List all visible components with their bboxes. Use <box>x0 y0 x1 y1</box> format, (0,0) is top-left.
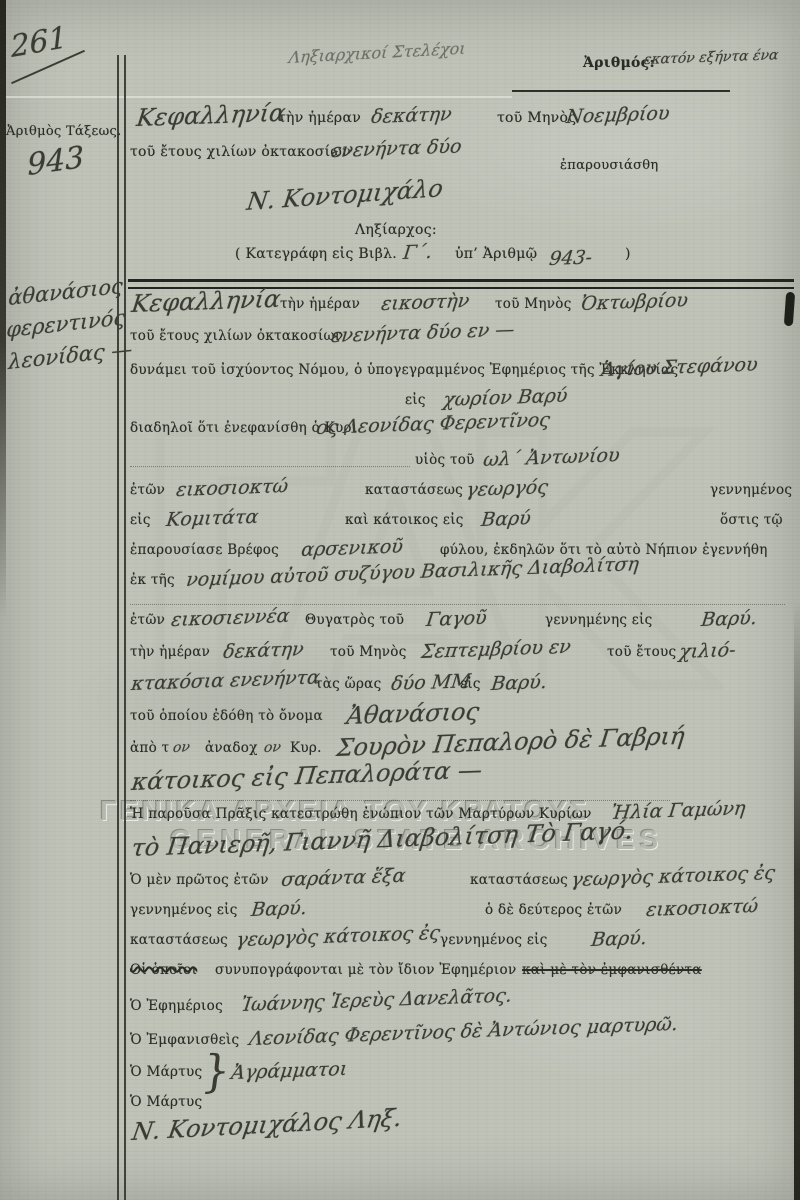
act-line-11: ἐτῶν εικοσιεννέα Θυγατρὸς τοῦ Γαγοῦ γενν… <box>130 612 796 642</box>
occupation-label: καταστάσεως <box>365 482 463 498</box>
mother-age-handwritten: εικοσιεννέα <box>170 605 291 631</box>
recorded-prefix: ( Κατεγράφη εἰς Βιβλ. <box>235 246 397 262</box>
header-day-label: τὴν ἡμέραν <box>278 110 361 126</box>
father-residence-handwritten: Βαρύ <box>480 507 532 531</box>
birth-place-handwritten: Βαρύ. <box>490 671 548 695</box>
birth-day-handwritten: δεκάτην <box>222 638 305 663</box>
act-day-label: τὴν ἡμέραν <box>280 296 360 312</box>
occupation-label: καταστάσεως <box>130 932 228 948</box>
act-line-24: Ὁ Ἐμφανισθεὶς Λεονίδας Φερεντῖνος δὲ Ἀντ… <box>130 1032 796 1062</box>
cosign-clause: συνυπογράφονται μὲ τὸν ἴδιον Ἐφημέριον <box>215 962 516 978</box>
order-number-label: Ἀριθμὸς Τάξεως. <box>6 124 122 139</box>
first-witness-birthplace-handwritten: Βαρύ. <box>250 897 308 921</box>
act-line-8: εἰς Κομιτάτα καὶ κάτοικος εἰς Βαρύ ὅστις… <box>130 512 796 542</box>
who-label: ὅστις τῷ <box>720 512 783 528</box>
godparent-label: ἀναδοχ <box>205 740 258 756</box>
birth-year-label: τοῦ ἔτους <box>607 644 676 660</box>
scanned-birth-registry-page: ΓΑΚ ΓΕΝΙΚΑ ΑΡΧΕΙΑ ΤΟΥ ΚΡΑΤΟΥΣ GENERAL ST… <box>0 0 800 1200</box>
act-line-16: κάτοικος εἰς Πεπαλοράτα — <box>130 772 796 802</box>
birth-year-start-handwritten: χιλιό- <box>678 639 737 663</box>
birth-day-label: τὴν ἡμέραν <box>130 644 210 660</box>
sex-handwritten: αρσενικοῦ <box>300 535 404 561</box>
birth-month-handwritten: Σεπτεμβρίου εν <box>420 636 572 663</box>
act-line-10: ἐκ τῆς νομίμου αὐτοῦ συζύγου Βασιλικῆς Δ… <box>130 572 796 602</box>
resident-label: καὶ κάτοικος εἰς <box>345 512 464 528</box>
born-label: γεννημένος <box>710 482 792 498</box>
son-of-label: υἱὸς τοῦ <box>415 452 475 468</box>
father-age-handwritten: εικοσιοκτώ <box>175 475 290 501</box>
header-line-signature: Ν. Κοντομιχάλο <box>130 188 796 218</box>
from-label: ἀπὸ τ <box>130 740 169 756</box>
mother-birthplace-handwritten: Βαρύ. <box>700 607 758 631</box>
grandfather-handwritten: ωλ΄ Ἀντωνίου <box>482 444 621 471</box>
act-line-18: τὸ Πανιερῆ, Γιαννῆ Διαβολίτση Τὸ Γαγό. <box>130 838 796 868</box>
act-line-21: καταστάσεως γεωργὸς κάτοικος ἐς γεννημέν… <box>130 932 796 962</box>
header-place-handwritten: Κεφαλληνία <box>135 99 287 132</box>
born-fem-label: γεννημένης εἰς <box>545 612 653 628</box>
header-month-handwritten: Νοεμβρίου <box>565 102 671 128</box>
from-ending-handwritten: ον <box>172 739 191 756</box>
order-number-handwritten: 943 <box>27 140 85 183</box>
illiterate-note-handwritten: Ἀγράμματοι <box>230 1058 349 1084</box>
father-occupation-handwritten: γεωργός <box>465 476 549 501</box>
second-witness-birthplace-handwritten: Βαρύ. <box>590 927 648 951</box>
paper-crease <box>0 96 512 98</box>
born-at-label: γεννημένος εἰς <box>440 932 548 948</box>
act-line-27: Ν. Κοντομιχάλος Ληξ. <box>130 1118 796 1148</box>
second-witness-age-handwritten: εικοσιοκτώ <box>645 895 760 921</box>
witness-label: Ὁ Μάρτυς <box>130 1094 202 1110</box>
presented-infant-label: ἐπαρουσίασε Βρέφος <box>130 542 279 558</box>
act-year-label: τοῦ ἔτους χιλίων ὀκτακοσίων <box>130 328 343 344</box>
registrar-label: Ληξίαρχος: <box>355 222 437 238</box>
header-line-recorded: ( Κατεγράφη εἰς Βιβλ. Γ΄. ὑπ’ Ἀριθμῷ 943… <box>130 246 796 276</box>
act-day-handwritten: εικοστὴν <box>380 290 471 315</box>
scan-edge-left <box>0 0 6 620</box>
hours-label: τὰς ὥρας <box>315 676 381 692</box>
village-handwritten: χωρίον Βαρύ <box>442 385 569 411</box>
header-line-place-date: Κεφαλληνία τὴν ἡμέραν δεκάτην τοῦ Μηνὸς … <box>130 110 796 140</box>
first-witness-age-label: Ὁ μὲν πρῶτος ἐτῶν <box>130 872 269 888</box>
header-presented-label: ἐπαρουσιάσθη <box>560 158 659 173</box>
at-label: εἰς <box>460 676 481 692</box>
scan-edge-right <box>794 600 800 1200</box>
occupation-label: καταστάσεως <box>470 872 568 888</box>
church-handwritten: Ἁγίου Στεφάνου <box>600 353 759 381</box>
struck-text: Οἱ ὁποῖοι <box>130 962 197 978</box>
number-underline <box>512 90 730 92</box>
record-number-handwritten: 943- <box>548 246 593 270</box>
child-name-handwritten: Ἀθανάσιος <box>345 697 481 730</box>
father-birthplace-handwritten: Κομιτάτα <box>165 506 260 531</box>
book-handwritten: Γ΄. <box>402 241 433 264</box>
witness-brace: } <box>200 1045 231 1098</box>
registrant-name-line1: ἀθανάσιος <box>8 274 123 310</box>
daughter-of-label: Θυγατρὸς τοῦ <box>305 612 404 628</box>
of-the-label: ἐκ τῆς <box>130 572 175 588</box>
registrant-name-line2: φερεντινός <box>6 305 126 342</box>
registrant-name-line3: λεονίδας — <box>8 337 133 374</box>
margin-vertical-rule <box>117 55 126 1200</box>
recorded-suffix: ) <box>625 246 631 262</box>
law-clause: δυνάμει τοῦ ἰσχύοντος Νόμου, ὁ ὑπογεγραμ… <box>130 362 678 378</box>
given-name-label: τοῦ ὁποίου ἐδόθη τὸ ὄνομα <box>130 708 323 724</box>
act-line-5: διαδηλοῖ ὅτι ἐνεφανίσθη ὁ Κυρι ος Λεονίδ… <box>130 420 796 450</box>
struck-text: καὶ μὲ τὸν ἐμφανισθέντα <box>522 962 702 978</box>
born-at-label: γεννημένος εἰς <box>130 902 238 918</box>
dotted-fill-line <box>130 604 785 605</box>
age-label: ἐτῶν <box>130 482 165 498</box>
under-number-label: ὑπ’ Ἀριθμῷ <box>455 246 537 262</box>
at-label: εἰς <box>405 392 426 408</box>
page-corner-number: 261 <box>10 20 69 65</box>
age-label: ἐτῶν <box>130 612 165 628</box>
act-month-label: τοῦ Μηνὸς <box>495 296 572 312</box>
act-line-2: τοῦ ἔτους χιλίων ὀκτακοσίων ενενήντα δύο… <box>130 328 796 358</box>
act-line-20: γεννημένος εἰς Βαρύ. ὁ δὲ δεύτερος ἐτῶν … <box>130 902 796 932</box>
first-witness-age-handwritten: σαράντα ἕξα <box>280 865 407 891</box>
header-line-presented: ἐπαρουσιάσθη <box>130 158 796 188</box>
series-note-handwritten: Ληξιαρχικοί Στελέχοι <box>288 39 466 67</box>
witness-label: Ὁ Μάρτυς <box>130 1064 202 1080</box>
priest-label: Ὁ Ἐφημέριος <box>130 998 223 1014</box>
act-place-handwritten: Κεφαλληνία <box>130 285 282 318</box>
act-month-handwritten: Ὀκτωβρίου <box>580 289 689 315</box>
godparent-ending-handwritten: ον <box>263 739 282 756</box>
second-witness-age-label: ὁ δὲ δεύτερος ἐτῶν <box>485 902 622 918</box>
number-value-handwritten: εκατόν εξήντα ένα <box>643 47 779 68</box>
mother-father-handwritten: Γαγοῦ <box>425 607 488 631</box>
mister-label: Κυρ. <box>290 740 322 756</box>
at-label: εἰς <box>130 512 151 528</box>
header-day-handwritten: δεκάτην <box>370 103 453 128</box>
birth-month-label: τοῦ Μηνὸς <box>330 644 407 660</box>
